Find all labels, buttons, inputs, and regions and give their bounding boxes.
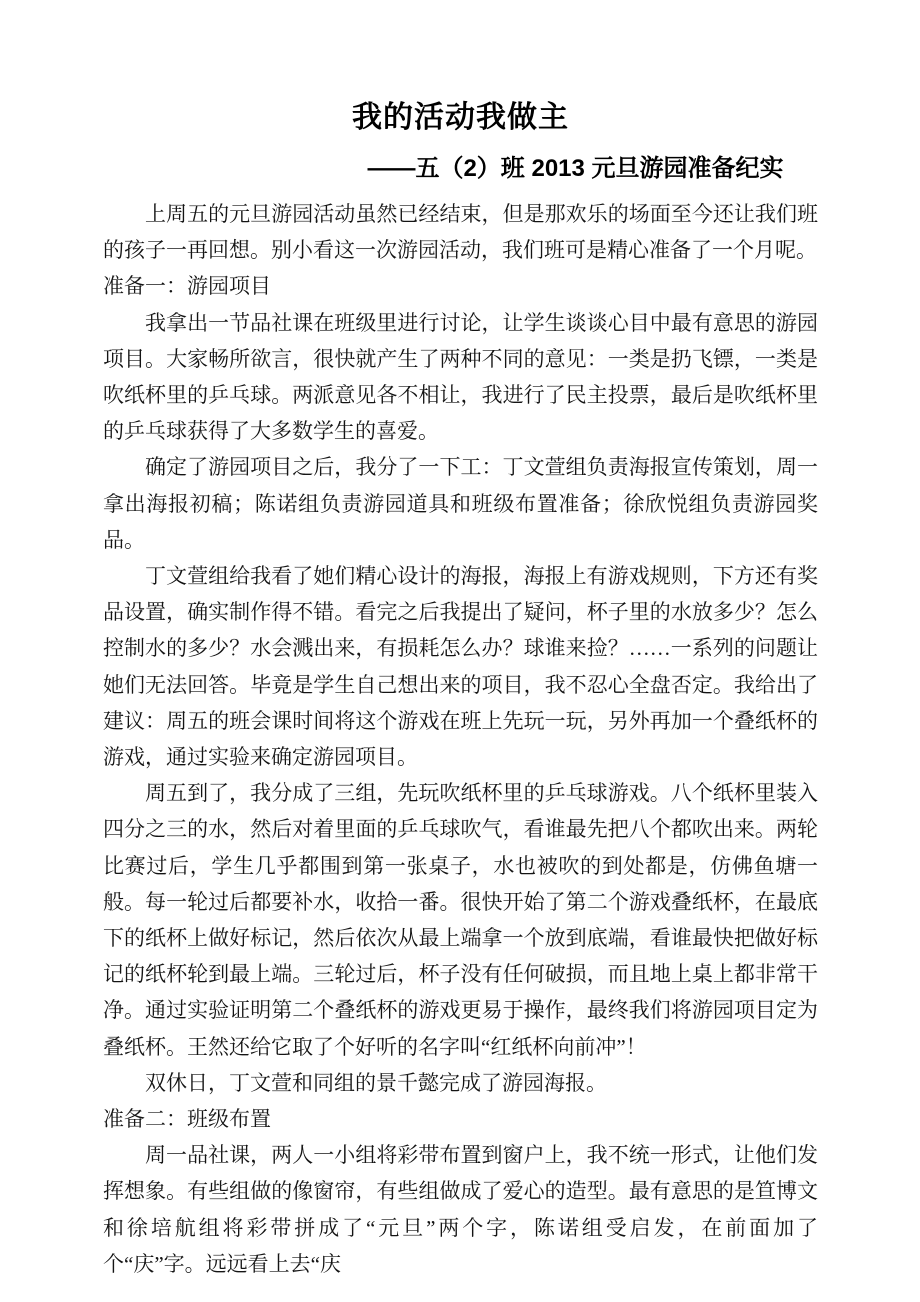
section-heading-1: 准备一：游园项目 (103, 268, 818, 304)
paragraph-class-decoration: 周一品社课，两人一小组将彩带布置到窗户上，我不统一形式，让他们发挥想象。有些组做… (103, 1137, 818, 1282)
section-heading-2: 准备二：班级布置 (103, 1101, 818, 1137)
paragraph-task-assignment: 确定了游园项目之后，我分了一下工：丁文萱组负责海报宣传策划，周一拿出海报初稿；陈… (103, 449, 818, 558)
paragraph-poster-review: 丁文萱组给我看了她们精心设计的海报，海报上有游戏规则，下方还有奖品设置，确实制作… (103, 558, 818, 775)
paragraph-discussion: 我拿出一节品社课在班级里进行讨论，让学生谈谈心目中最有意思的游园项目。大家畅所欲… (103, 305, 818, 450)
document-subtitle: ——五（2）班 2013 元旦游园准备纪实 (103, 154, 818, 184)
paragraph-intro: 上周五的元旦游园活动虽然已经结束，但是那欢乐的场面至今还让我们班的孩子一再回想。… (103, 196, 818, 268)
paragraph-weekend-poster: 双休日，丁文萱和同组的景千懿完成了游园海报。 (103, 1065, 818, 1101)
document-page: 我的活动我做主 ——五（2）班 2013 元旦游园准备纪实 上周五的元旦游园活动… (0, 0, 920, 1302)
document-body: 上周五的元旦游园活动虽然已经结束，但是那欢乐的场面至今还让我们班的孩子一再回想。… (103, 196, 818, 1282)
paragraph-game-trial: 周五到了，我分成了三组，先玩吹纸杯里的乒乓球游戏。八个纸杯里装入四分之三的水，然… (103, 775, 818, 1065)
document-title: 我的活动我做主 (103, 98, 818, 138)
